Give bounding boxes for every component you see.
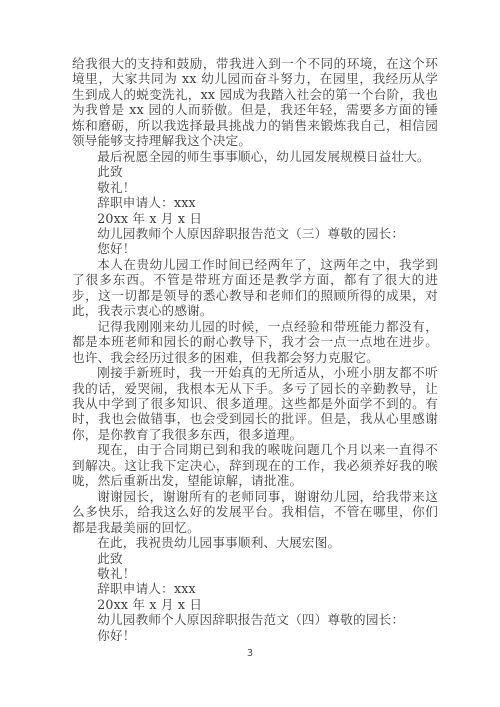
document-body: 给我很大的支持和鼓励，带我进入到一个不同的环境，在这个环境里，大家共同为 xx … xyxy=(72,56,438,643)
paragraph-date: 20xx 年 x 月 x 日 xyxy=(72,211,438,226)
paragraph-section-title-3: 幼儿园教师个人原因辞职报告范文（三）尊敬的园长： xyxy=(72,226,438,241)
paragraph: 在此，我祝贵幼儿园事事顺利、大展宏图。 xyxy=(72,535,438,550)
paragraph-jingli: 敬礼！ xyxy=(72,566,438,581)
paragraph-signature: 辞职申请人：xxx xyxy=(72,581,438,596)
page-number: 3 xyxy=(0,648,500,659)
paragraph: 最后祝愿全园的师生事事顺心，幼儿园发展规模日益壮大。 xyxy=(72,149,438,164)
paragraph-cizhi: 此致 xyxy=(72,551,438,566)
paragraph: 本人在贵幼儿园工作时间已经两年了，这两年之中，我学到了很多东西。不管是带班方面还… xyxy=(72,257,438,319)
paragraph: 给我很大的支持和鼓励，带我进入到一个不同的环境，在这个环境里，大家共同为 xx … xyxy=(72,56,438,149)
paragraph: 谢谢园长，谢谢所有的老师同事，谢谢幼儿园，给我带来这么多快乐，给我这么好的发展平… xyxy=(72,489,438,535)
paragraph: 现在，由于合同期已到和我的喉咙问题几个月以来一直得不到解决。这让我下定决心，辞到… xyxy=(72,442,438,488)
paragraph-jingli: 敬礼！ xyxy=(72,180,438,195)
paragraph-cizhi: 此致 xyxy=(72,164,438,179)
paragraph-date: 20xx 年 x 月 x 日 xyxy=(72,597,438,612)
paragraph-section-title-4: 幼儿园教师个人原因辞职报告范文（四）尊敬的园长： xyxy=(72,612,438,627)
paragraph-signature: 辞职申请人：xxx xyxy=(72,195,438,210)
document-page: 给我很大的支持和鼓励，带我进入到一个不同的环境，在这个环境里，大家共同为 xx … xyxy=(72,56,438,643)
paragraph-greeting: 您好！ xyxy=(72,241,438,256)
paragraph: 刚接手新班时，我一开始真的无所适从，小班小朋友都不听我的话，爱哭闹，我根本无从下… xyxy=(72,365,438,442)
paragraph-greeting: 你好！ xyxy=(72,628,438,643)
paragraph: 记得我刚刚来幼儿园的时候，一点经验和带班能力都没有，都是本班老师和园长的耐心教导… xyxy=(72,319,438,365)
